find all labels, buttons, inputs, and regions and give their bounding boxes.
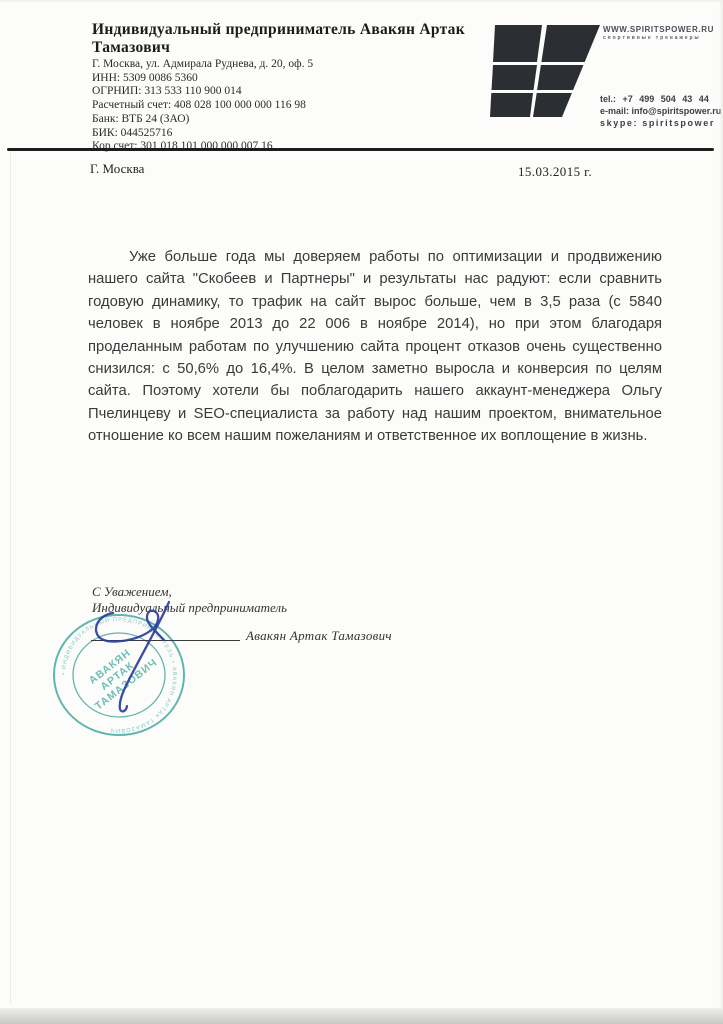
body-line: снизился: с 50,6% до 16,4%. В целом заме… <box>88 358 662 380</box>
letter-body: Уже больше года мы доверяем работы по оп… <box>88 246 662 448</box>
letterhead-divider <box>7 148 714 151</box>
scanned-letter-page: Индивидуальный предприниматель Авакян Ар… <box>0 0 723 1024</box>
letterhead-address: Г. Москва, ул. Адмирала Руднева, д. 20, … <box>92 58 313 154</box>
website-block: WWW.SPIRITSPOWER.RU спортивные тренажеры <box>603 25 721 41</box>
body-line: Пчелинцеву и SEO-специалиста за работу н… <box>88 403 662 425</box>
scan-edge-top <box>0 0 723 2</box>
body-line: Уже больше года мы доверяем работы по оп… <box>88 246 662 268</box>
spiritspower-logo-icon <box>487 25 603 118</box>
letter-date: 15.03.2015 г. <box>518 164 592 180</box>
email-line: e-mail: info@spiritspower.ru <box>600 105 721 117</box>
body-line: человек в ноябре 2013 до 22 006 в ноябре… <box>88 313 662 335</box>
scan-edge-right <box>719 0 723 1008</box>
inn-line: ИНН: 5309 0086 5360 <box>92 72 313 86</box>
phone-line: tel.: +7 499 504 43 44 <box>600 93 721 105</box>
skype-line: skype: spiritspower <box>600 117 721 129</box>
handwritten-signature <box>80 588 200 718</box>
website-tagline: спортивные тренажеры <box>603 35 721 41</box>
bank-line: Банк: ВТБ 24 (ЗАО) <box>92 113 313 127</box>
body-line: сайта. Поэтому хотели бы поблагодарить н… <box>88 380 662 402</box>
ogrnip-line: ОГРНИП: 313 533 110 900 014 <box>92 85 313 99</box>
scan-edge-left <box>10 150 11 1004</box>
website-url: WWW.SPIRITSPOWER.RU <box>603 25 721 34</box>
letterhead-title: Индивидуальный предприниматель Авакян Ар… <box>92 21 512 57</box>
body-line: отношение ко всем нашим пожеланиям и отв… <box>88 425 662 447</box>
address-line: Г. Москва, ул. Адмирала Руднева, д. 20, … <box>92 58 313 72</box>
bik-line: БИК: 044525716 <box>92 127 313 141</box>
scan-edge-bottom <box>0 1008 723 1024</box>
account-line: Расчетный счет: 408 028 100 000 000 116 … <box>92 99 313 113</box>
body-line: нашего сайта "Скобеев и Партнеры" и резу… <box>88 268 662 290</box>
body-line: годовую динамику, то трафик на сайт выро… <box>88 291 662 313</box>
letter-city: Г. Москва <box>90 161 144 177</box>
signatory-name: Авакян Артак Тамазович <box>246 628 392 644</box>
body-line: проделанным работам по улучшению сайта п… <box>88 336 662 358</box>
contact-block: tel.: +7 499 504 43 44 e-mail: info@spir… <box>600 93 721 129</box>
